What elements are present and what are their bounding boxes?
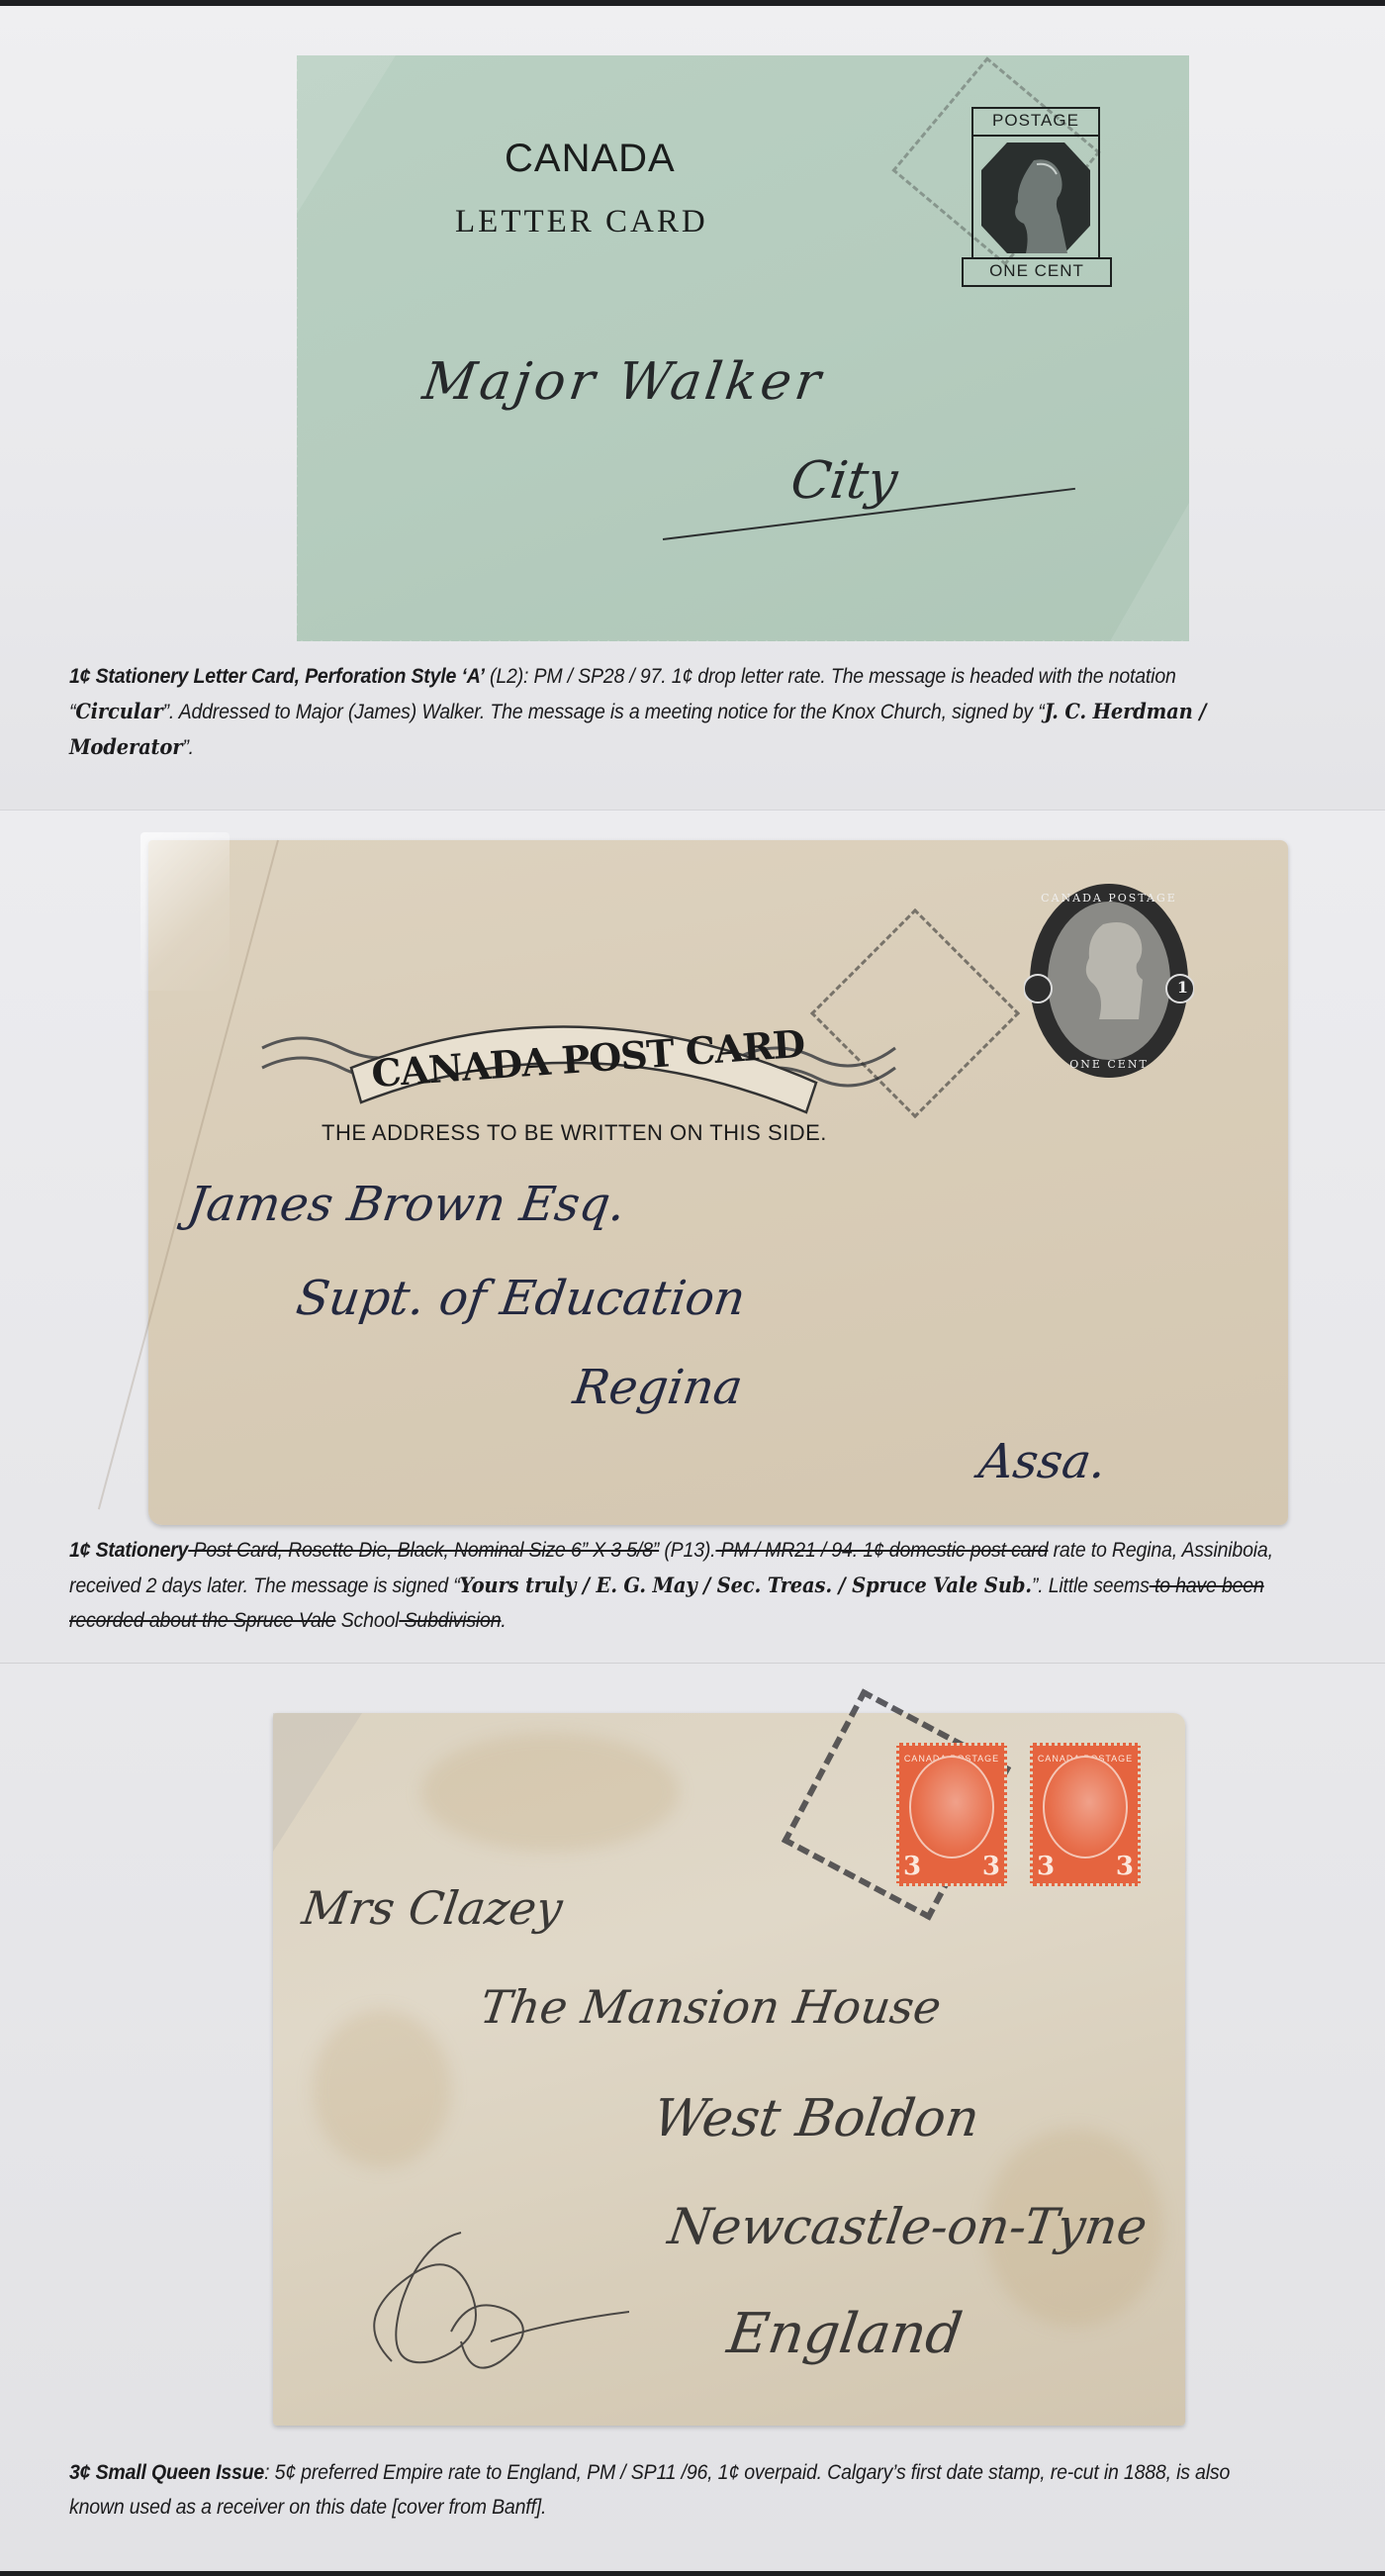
caption-envelope: 3¢ Small Queen Issue: 5¢ preferred Empir… bbox=[69, 2455, 1274, 2525]
envelope-cover: CANADA POSTAGE 3 3 CANADA POSTAGE 3 3 Mr… bbox=[273, 1713, 1185, 2426]
address-line: England bbox=[723, 2302, 966, 2366]
caption-text: ”. bbox=[182, 736, 194, 759]
caption-strikethrough: Subdivision bbox=[399, 1609, 501, 1632]
caption-text: (P13). bbox=[659, 1539, 715, 1562]
fold-corner bbox=[297, 55, 396, 214]
address-line: The Mansion House bbox=[477, 1980, 944, 2034]
small-queen-stamp-icon: CANADA POSTAGE 3 3 bbox=[896, 1743, 1007, 1886]
address-line: Supt. of Education bbox=[293, 1271, 749, 1326]
caption-text: ”. Little seems bbox=[1032, 1574, 1150, 1597]
stamp-value: 3 bbox=[982, 1852, 1000, 1881]
sleeve-fold bbox=[273, 1713, 362, 1852]
address-line: West Boldon bbox=[650, 2089, 983, 2148]
caption-lead: 3¢ Small Queen Issue bbox=[69, 2461, 264, 2484]
stamp-label-bottom: ONE CENT bbox=[962, 261, 1112, 281]
caption-script: Circular bbox=[75, 699, 162, 723]
stain bbox=[421, 1733, 679, 1852]
queen-victoria-stamp-icon: POSTAGE ONE CENT bbox=[962, 107, 1118, 287]
queen-portrait-icon bbox=[979, 141, 1092, 255]
address-line: Major Walker bbox=[419, 352, 828, 412]
caption-strikethrough: PM / MR21 / 94. 1¢ domestic post card bbox=[715, 1539, 1048, 1562]
stamp-value: 3 bbox=[1116, 1852, 1134, 1881]
stain bbox=[313, 2010, 451, 2168]
caption-text: School bbox=[335, 1609, 399, 1632]
letter-card: CANADA LETTER CARD POSTAGE ONE CENT Majo… bbox=[297, 55, 1189, 641]
address-line: Newcastle-on-Tyne bbox=[665, 2198, 1151, 2255]
address-line: Assa. bbox=[975, 1434, 1110, 1489]
stamp-value: 3 bbox=[903, 1852, 921, 1881]
address-line: James Brown Esq. bbox=[184, 1177, 629, 1232]
caption-lead: 1¢ Stationery Letter Card, Perforation S… bbox=[69, 665, 485, 688]
caption-letter-card: 1¢ Stationery Letter Card, Perforation S… bbox=[69, 659, 1274, 765]
stamp-value: 1 bbox=[1177, 978, 1188, 997]
card-subtitle: LETTER CARD bbox=[455, 204, 708, 240]
caption-lead: 1¢ Stationery bbox=[69, 1539, 188, 1562]
address-line: Regina bbox=[570, 1360, 746, 1415]
post-card: CANADA POST CARD THE ADDRESS TO BE WRITT… bbox=[148, 840, 1288, 1525]
stamp-label-bottom: ONE CENT bbox=[1024, 1058, 1194, 1071]
caption-script: Yours truly / E. G. May / Sec. Treas. / … bbox=[460, 1573, 1032, 1597]
stamp-label-top: POSTAGE bbox=[971, 111, 1100, 131]
album-page-envelope: CANADA POSTAGE 3 3 CANADA POSTAGE 3 3 Mr… bbox=[0, 1663, 1385, 2571]
address-line: Mrs Clazey bbox=[299, 1881, 566, 1935]
address-instruction: THE ADDRESS TO BE WRITTEN ON THIS SIDE. bbox=[322, 1120, 827, 1146]
album-page-post-card: CANADA POST CARD THE ADDRESS TO BE WRITT… bbox=[0, 810, 1385, 1663]
caption-post-card: 1¢ Stationery Post Card, Rosette Die, Bl… bbox=[69, 1533, 1274, 1638]
card-title: CANADA bbox=[505, 137, 676, 181]
fold-corner bbox=[1110, 503, 1189, 641]
album-page-letter-card: CANADA LETTER CARD POSTAGE ONE CENT Majo… bbox=[0, 6, 1385, 810]
address-line: City bbox=[787, 451, 901, 511]
small-queen-stamp-icon: CANADA POSTAGE 3 3 bbox=[1030, 1743, 1141, 1886]
stamp-label-top: CANADA POSTAGE bbox=[1024, 892, 1194, 905]
queen-victoria-oval-stamp-icon: CANADA POSTAGE ONE CENT 1 bbox=[1024, 880, 1194, 1083]
caption-text: . bbox=[501, 1609, 506, 1632]
sleeve-glare bbox=[140, 832, 230, 991]
caption-text: ”. Addressed to Major (James) Walker. Th… bbox=[163, 701, 1045, 723]
stamp-value: 3 bbox=[1037, 1852, 1055, 1881]
flourish-icon bbox=[332, 2213, 629, 2391]
caption-strikethrough: Post Card, Rosette Die, Black, Nominal S… bbox=[188, 1539, 659, 1562]
